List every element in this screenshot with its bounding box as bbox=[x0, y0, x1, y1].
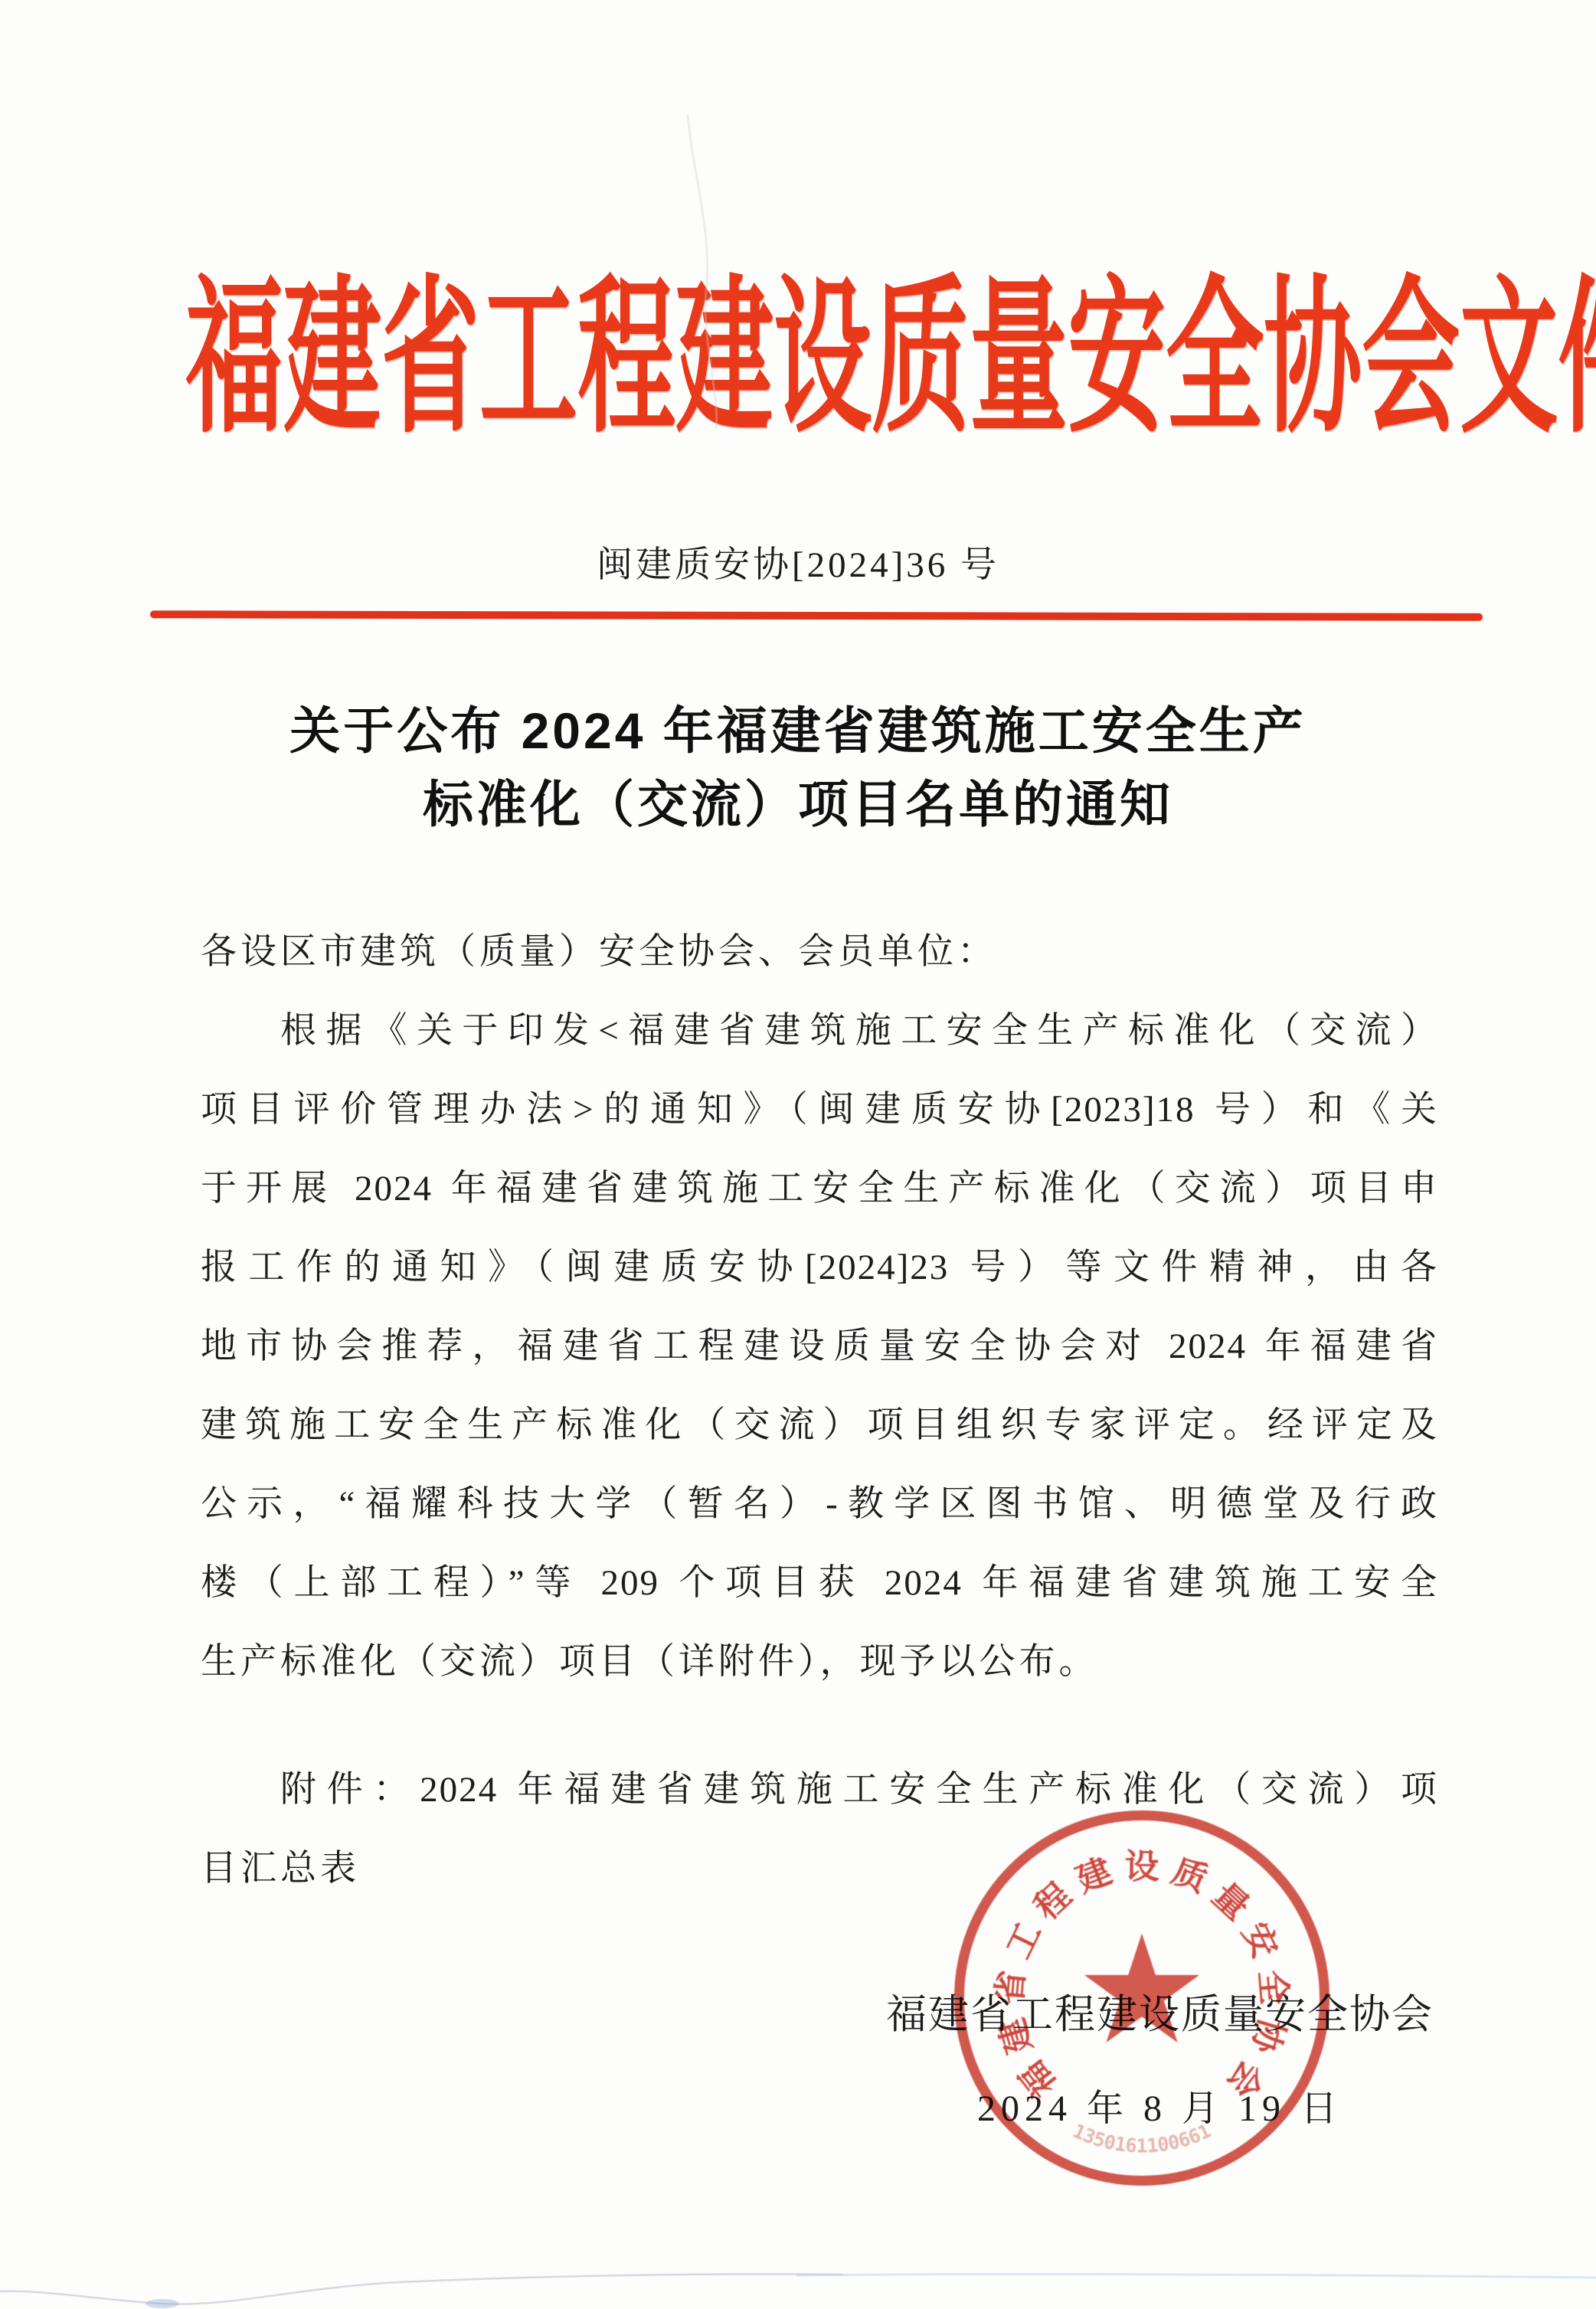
seal-ring-char: 安 bbox=[1238, 1918, 1284, 1964]
seal-code-digit: 0 bbox=[1166, 2132, 1182, 2154]
body-line: 各设区市建筑（质量）安全协会、会员单位： bbox=[201, 913, 1438, 992]
seal-code-digit: 6 bbox=[1176, 2129, 1193, 2150]
notice-body: 各设区市建筑（质量）安全协会、会员单位：根据《关于印发<福建省建筑施工安全生产标… bbox=[201, 913, 1438, 1702]
body-line: 生产标准化（交流）项目（详附件），现予以公布。 bbox=[201, 1623, 1438, 1702]
scan-artifact-bottom-edge bbox=[0, 2244, 1596, 2309]
issue-date: 2024 年 8 月 19 日 bbox=[886, 2078, 1434, 2131]
seal-code-digit: 1 bbox=[1114, 2134, 1128, 2155]
attachment-line: 附件：2024 年福建省建筑施工安全生产标准化（交流）项 bbox=[201, 1751, 1438, 1830]
body-line: 建筑施工安全生产标准化（交流）项目组织专家评定。经评定及 bbox=[201, 1386, 1438, 1465]
attachment-line: 目汇总表 bbox=[201, 1830, 1438, 1908]
issuing-organization: 福建省工程建设质量安全协会 bbox=[886, 1982, 1434, 2040]
document-number: 闽建质安协[2024]36 号 bbox=[0, 536, 1596, 587]
body-line: 地市协会推荐，福建省工程建设质量安全协会对 2024 年福建省 bbox=[201, 1307, 1438, 1386]
seal-code-digit: 1 bbox=[1136, 2137, 1147, 2156]
seal-code-digit: 1 bbox=[1146, 2135, 1159, 2155]
scan-artifact-crease bbox=[0, 0, 1596, 536]
seal-code-digit: 0 bbox=[1102, 2132, 1117, 2154]
body-line: 项目评价管理办法>的通知》（闽建质安协[2023]18 号）和《关 bbox=[201, 1071, 1438, 1150]
seal-code-digit: 0 bbox=[1156, 2134, 1171, 2155]
notice-title-line1: 关于公布 2024 年福建省建筑施工安全生产 bbox=[0, 694, 1596, 767]
signature-block: 福建省工程建设质量安全协会 2024 年 8 月 19 日 bbox=[886, 1982, 1434, 2131]
body-line: 根据《关于印发<福建省建筑施工安全生产标准化（交流） bbox=[201, 992, 1438, 1071]
body-line: 于开展 2024 年福建省建筑施工安全生产标准化（交流）项目申 bbox=[201, 1150, 1438, 1228]
seal-code-digit: 6 bbox=[1125, 2135, 1138, 2155]
document-page: 福建省工程建设质量安全协会文件 闽建质安协[2024]36 号 关于公布 202… bbox=[0, 0, 1596, 2309]
body-line: 公示，“福耀科技大学（暂名）-教学区图书馆、明德堂及行政 bbox=[201, 1465, 1438, 1544]
body-line: 报工作的通知》（闽建质安协[2024]23 号）等文件精神，由各 bbox=[201, 1228, 1438, 1307]
seal-ring-char: 工 bbox=[1000, 1918, 1046, 1964]
seal-code-digit: 5 bbox=[1091, 2129, 1108, 2150]
red-divider-line bbox=[150, 610, 1483, 621]
attachment-note: 附件：2024 年福建省建筑施工安全生产标准化（交流）项目汇总表 bbox=[201, 1751, 1438, 1908]
body-line: 楼（上部工程）”等 209 个项目获 2024 年福建省建筑施工安全 bbox=[201, 1544, 1438, 1623]
notice-title: 关于公布 2024 年福建省建筑施工安全生产 标准化（交流）项目名单的通知 bbox=[0, 694, 1596, 841]
notice-title-line2: 标准化（交流）项目名单的通知 bbox=[0, 767, 1596, 841]
